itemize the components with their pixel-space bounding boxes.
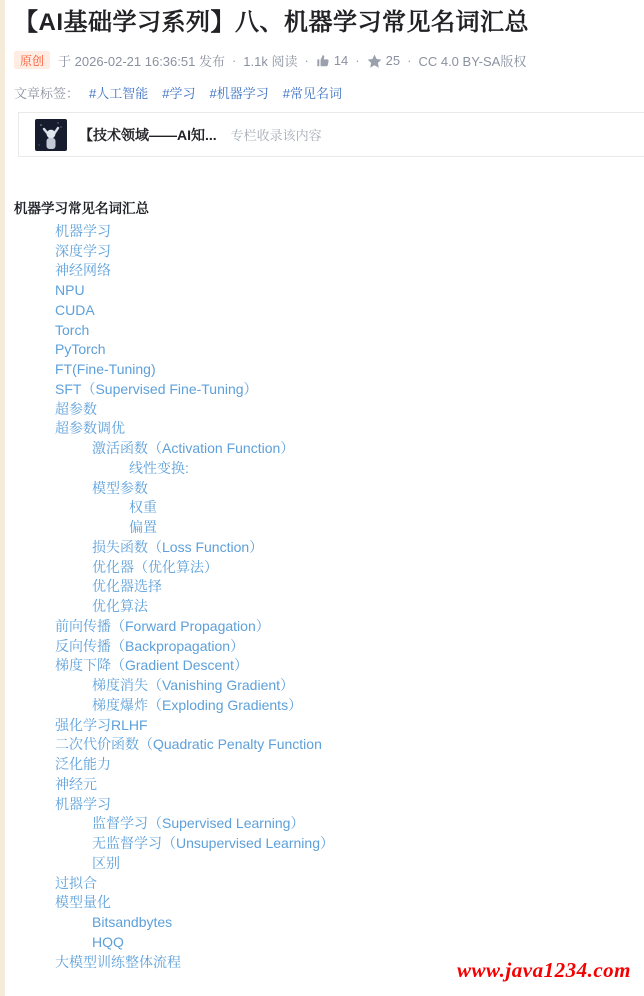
toc-item: 模型量化: [0, 893, 644, 913]
toc-link[interactable]: Torch: [55, 322, 89, 338]
toc-link[interactable]: 线性变换:: [129, 458, 189, 478]
toc-link[interactable]: FT(Fine-Tuning): [55, 361, 156, 377]
collection-card[interactable]: 【技术领域——AI知... 专栏收录该内容: [18, 112, 644, 157]
toc-link[interactable]: HQQ: [92, 934, 124, 950]
toc-link[interactable]: 神经元: [55, 774, 97, 794]
toc-item: 监督学习（Supervised Learning）: [0, 814, 644, 834]
toc-item: 模型参数: [0, 478, 644, 498]
toc-link[interactable]: 前向传播（Forward Propagation）: [55, 616, 270, 636]
toc-item: FT(Fine-Tuning): [0, 359, 644, 379]
toc-link[interactable]: 优化算法: [92, 596, 148, 616]
meta-separator: ·: [232, 53, 236, 68]
toc-item: 超参数调优: [0, 419, 644, 439]
toc-link[interactable]: 监督学习（Supervised Learning）: [92, 813, 304, 833]
toc-item: HQQ: [0, 932, 644, 952]
toc-link[interactable]: 超参数: [55, 399, 97, 419]
toc-item: 无监督学习（Unsupervised Learning）: [0, 833, 644, 853]
toc-item: 神经网络: [0, 261, 644, 281]
tags-list: #人工智能#学习#机器学习#常见名词: [89, 83, 356, 102]
toc-link[interactable]: 梯度爆炸（Exploding Gradients）: [92, 695, 302, 715]
toc-item: 线性变换:: [0, 458, 644, 478]
toc-link[interactable]: 梯度消失（Vanishing Gradient）: [92, 675, 294, 695]
toc-item: 超参数: [0, 399, 644, 419]
toc-item: 优化器选择: [0, 577, 644, 597]
toc-item: PyTorch: [0, 340, 644, 360]
toc-item: NPU: [0, 280, 644, 300]
toc-item: 梯度消失（Vanishing Gradient）: [0, 675, 644, 695]
read-count: 1.1k 阅读: [243, 51, 297, 70]
toc-link[interactable]: 机器学习: [55, 794, 111, 814]
content-heading: 机器学习常见名词汇总: [14, 197, 149, 217]
collection-cover-image: [35, 119, 67, 151]
toc-item: Torch: [0, 320, 644, 340]
toc-link[interactable]: PyTorch: [55, 341, 106, 357]
toc-link[interactable]: 超参数调优: [55, 418, 125, 438]
collection-name: 【技术领域——AI知...: [79, 125, 217, 145]
thumbs-up-icon: [316, 54, 330, 68]
article-page: 【AI基础学习系列】八、机器学习常见名词汇总 原创 于 2026-02-21 1…: [0, 0, 644, 996]
toc-link[interactable]: 机器学习: [55, 221, 111, 241]
toc-link[interactable]: SFT（Supervised Fine-Tuning）: [55, 379, 258, 399]
meta-separator: ·: [304, 53, 308, 68]
toc-link[interactable]: 大模型训练整体流程: [55, 952, 181, 972]
toc-item: 神经元: [0, 774, 644, 794]
article-meta-row: 原创 于 2026-02-21 16:36:51 发布 · 1.1k 阅读 · …: [14, 51, 526, 69]
toc-item: 激活函数（Activation Function）: [0, 438, 644, 458]
toc-link[interactable]: 泛化能力: [55, 754, 111, 774]
meta-separator: ·: [407, 53, 411, 68]
toc-item: 权重: [0, 498, 644, 518]
toc-item: 偏置: [0, 517, 644, 537]
toc-link[interactable]: 深度学习: [55, 241, 111, 261]
toc-item: 过拟合: [0, 873, 644, 893]
toc-list: 机器学习深度学习神经网络NPUCUDATorchPyTorchFT(Fine-T…: [0, 221, 644, 972]
original-badge: 原创: [14, 51, 50, 69]
tag-link[interactable]: #学习: [162, 83, 195, 102]
toc-item: 优化器（优化算法）: [0, 557, 644, 577]
publish-time: 于 2026-02-21 16:36:51 发布: [58, 51, 225, 70]
license-text: CC 4.0 BY-SA版权: [418, 51, 526, 70]
toc-link[interactable]: Bitsandbytes: [92, 914, 172, 930]
collect-count: 25: [386, 53, 400, 68]
tag-link[interactable]: #机器学习: [209, 83, 268, 102]
toc-link[interactable]: 损失函数（Loss Function）: [92, 537, 263, 557]
toc-link[interactable]: 无监督学习（Unsupervised Learning）: [92, 833, 334, 853]
toc-link[interactable]: 偏置: [129, 517, 157, 537]
like-count: 14: [334, 53, 348, 68]
toc-link[interactable]: 过拟合: [55, 873, 97, 893]
meta-separator: ·: [355, 53, 359, 68]
toc-item: 泛化能力: [0, 754, 644, 774]
tag-link[interactable]: #常见名词: [283, 83, 342, 102]
toc-link[interactable]: 二次代价函数（Quadratic Penalty Function: [55, 734, 322, 754]
toc-link[interactable]: 激活函数（Activation Function）: [92, 438, 294, 458]
toc-link[interactable]: 权重: [129, 497, 157, 517]
toc-item: 二次代价函数（Quadratic Penalty Function: [0, 735, 644, 755]
toc-item: SFT（Supervised Fine-Tuning）: [0, 379, 644, 399]
toc-item: 梯度爆炸（Exploding Gradients）: [0, 695, 644, 715]
toc-item: 损失函数（Loss Function）: [0, 537, 644, 557]
toc-link[interactable]: CUDA: [55, 302, 95, 318]
toc-link[interactable]: 模型量化: [55, 892, 111, 912]
toc-item: Bitsandbytes: [0, 912, 644, 932]
toc-item: 前向传播（Forward Propagation）: [0, 616, 644, 636]
toc-item: 机器学习: [0, 221, 644, 241]
toc-link[interactable]: 强化学习RLHF: [55, 715, 148, 735]
toc-link[interactable]: 反向传播（Backpropagation）: [55, 636, 244, 656]
tags-row: 文章标签： #人工智能#学习#机器学习#常见名词: [14, 84, 356, 100]
toc-link[interactable]: 梯度下降（Gradient Descent）: [55, 655, 248, 675]
toc-item: CUDA: [0, 300, 644, 320]
toc-link[interactable]: NPU: [55, 282, 85, 298]
article-title: 【AI基础学习系列】八、机器学习常见名词汇总: [14, 8, 634, 38]
toc-link[interactable]: 神经网络: [55, 260, 111, 280]
toc-item: 区别: [0, 853, 644, 873]
toc-link[interactable]: 区别: [92, 853, 120, 873]
toc-item: 强化学习RLHF: [0, 715, 644, 735]
toc-link[interactable]: 模型参数: [92, 478, 148, 498]
tags-label: 文章标签：: [14, 83, 79, 102]
toc-item: 反向传播（Backpropagation）: [0, 636, 644, 656]
toc-item: 机器学习: [0, 794, 644, 814]
collection-note: 专栏收录该内容: [231, 125, 322, 144]
toc-link[interactable]: 优化器选择: [92, 576, 162, 596]
toc-item: 深度学习: [0, 241, 644, 261]
watermark: www.java1234.com: [457, 958, 631, 983]
toc-item: 优化算法: [0, 596, 644, 616]
toc-link[interactable]: 优化器（优化算法）: [92, 557, 218, 577]
tag-link[interactable]: #人工智能: [89, 83, 148, 102]
toc-item: 梯度下降（Gradient Descent）: [0, 656, 644, 676]
star-icon: [367, 54, 382, 69]
